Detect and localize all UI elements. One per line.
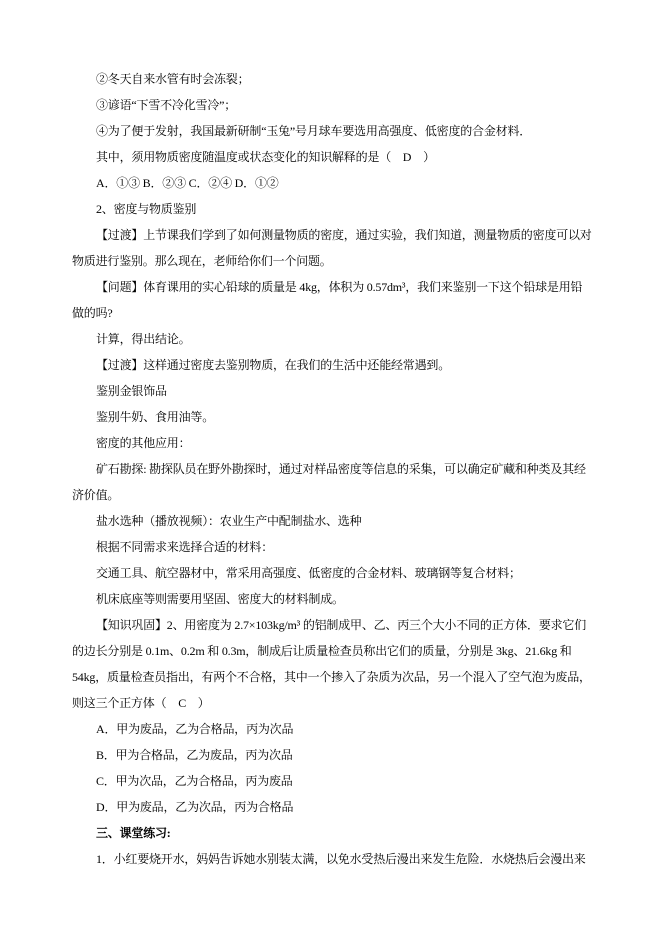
text-line: 【过渡】这样通过密度去鉴别物质，在我们的生活中还能经常遇到。 <box>72 352 617 378</box>
text-line: 机床底座等则需要用坚固、密度大的材料制成。 <box>72 586 617 612</box>
text-line: 矿石勘探: 勘探队员在野外勘探时，通过对样品密度等信息的采集，可以确定矿藏和种类… <box>72 456 617 482</box>
text-line: D．甲为废品，乙为次品，丙为合格品 <box>72 794 617 820</box>
text-line: 【知识巩固】2、用密度为 2.7×103kg/m³ 的铝制成甲、乙、丙三个大小不… <box>72 612 617 638</box>
text-line: 三、课堂练习: <box>72 820 617 846</box>
text-line: 1．小红要烧开水，妈妈告诉她水别装太满，以免水受热后漫出来发生危险．水烧热后会漫… <box>72 846 617 872</box>
text-line: 做的吗? <box>72 300 617 326</box>
text-line: 的边长分别是 0.1m、0.2m 和 0.3m，制成后让质量检查员称出它们的质量… <box>72 638 617 664</box>
text-line: 根据不同需求来选择合适的材料： <box>72 534 617 560</box>
text-line: 济价值。 <box>72 482 617 508</box>
text-line: 【问题】体育课用的实心铅球的质量是 4kg，体积为 0.57dm³，我们来鉴别一… <box>72 274 617 300</box>
text-line: 鉴别金银饰品 <box>72 378 617 404</box>
document-page: ②冬天自来水管有时会冻裂；③谚语“下雪不冷化雪冷”；④为了便于发射，我国最新研制… <box>0 0 661 936</box>
text-line: ③谚语“下雪不冷化雪冷”； <box>72 92 617 118</box>
text-line: 物质进行鉴别。那么现在，老师给你们一个问题。 <box>72 248 617 274</box>
text-line: A．①③ B．②③ C．②④ D．①② <box>72 170 617 196</box>
text-line: 【过渡】上节课我们学到了如何测量物质的密度，通过实验，我们知道，测量物质的密度可… <box>72 222 617 248</box>
text-line: 密度的其他应用： <box>72 430 617 456</box>
text-line: C．甲为次品，乙为合格品，丙为废品 <box>72 768 617 794</box>
text-line: 则这三个正方体（ C ） <box>72 690 617 716</box>
document-text-body: ②冬天自来水管有时会冻裂；③谚语“下雪不冷化雪冷”；④为了便于发射，我国最新研制… <box>72 66 617 872</box>
text-line: 其中，须用物质密度随温度或状态变化的知识解释的是（ D ） <box>72 144 617 170</box>
text-line: 鉴别牛奶、食用油等。 <box>72 404 617 430</box>
text-line: B．甲为合格品，乙为废品，丙为次品 <box>72 742 617 768</box>
text-line: 2、密度与物质鉴别 <box>72 196 617 222</box>
text-line: A．甲为废品，乙为合格品，丙为次品 <box>72 716 617 742</box>
text-line: ②冬天自来水管有时会冻裂； <box>72 66 617 92</box>
text-line: 计算，得出结论。 <box>72 326 617 352</box>
text-line: ④为了便于发射，我国最新研制“玉兔”号月球车要选用高强度、低密度的合金材料． <box>72 118 617 144</box>
text-line: 盐水选种（播放视频）：农业生产中配制盐水、选种 <box>72 508 617 534</box>
text-line: 交通工具、航空器材中，常采用高强度、低密度的合金材料、玻璃钢等复合材料； <box>72 560 617 586</box>
text-line: 54kg，质量检查员指出，有两个不合格，其中一个掺入了杂质为次品，另一个混入了空… <box>72 664 617 690</box>
